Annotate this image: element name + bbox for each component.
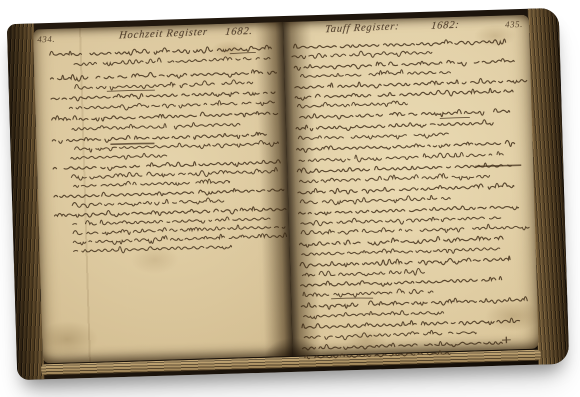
- left-page: 434. Hochzeit Register 1682.: [33, 22, 293, 363]
- photo-stage: 434. Hochzeit Register 1682. 435. Tauff …: [0, 0, 580, 397]
- handwriting-left: [33, 22, 293, 363]
- open-book: 434. Hochzeit Register 1682. 435. Tauff …: [7, 8, 569, 380]
- handwriting-right: [283, 15, 539, 356]
- right-page: 435. Tauff Register: 1682: +: [283, 15, 539, 356]
- cross-mark: +: [501, 333, 512, 349]
